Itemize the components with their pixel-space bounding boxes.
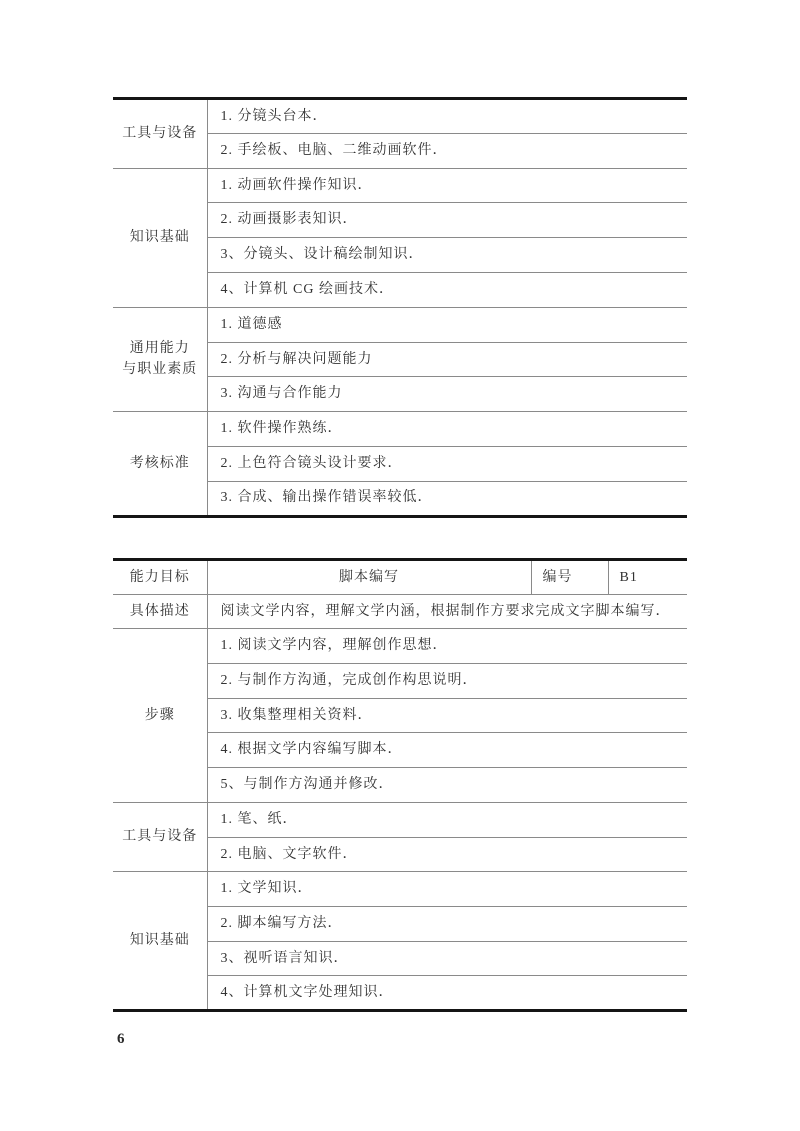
table-cell: 2. 脚本编写方法． bbox=[207, 906, 687, 941]
table-cell: 1. 笔、纸． bbox=[207, 802, 687, 837]
table-row: 通用能力 与职业素质 1. 道德感 bbox=[113, 307, 687, 342]
table-cell: 2. 与制作方沟通，完成创作构思说明． bbox=[207, 664, 687, 699]
table-cell: 2. 动画摄影表知识． bbox=[207, 203, 687, 238]
table-cell: 5、与制作方沟通并修改． bbox=[207, 768, 687, 803]
table-row: 具体描述 阅读文学内容，理解文学内涵，根据制作方要求完成文字脚本编写． bbox=[113, 594, 687, 629]
table-row: 知识基础 1. 文学知识． bbox=[113, 872, 687, 907]
document-page: 工具与设备 1. 分镜头台本． 2. 手绘板、电脑、二维动画软件． 知识基础 1… bbox=[0, 0, 800, 1131]
table-cell: 3、视听语言知识． bbox=[207, 941, 687, 976]
table-cell: 1. 道德感 bbox=[207, 307, 687, 342]
row-header-steps: 步骤 bbox=[113, 629, 207, 802]
table-cell: 1. 软件操作熟练． bbox=[207, 412, 687, 447]
table-row: 考核标准 1. 软件操作熟练． bbox=[113, 412, 687, 447]
description-value: 阅读文学内容，理解文学内涵，根据制作方要求完成文字脚本编写． bbox=[207, 594, 687, 629]
row-header-assessment-criteria: 考核标准 bbox=[113, 412, 207, 516]
table-row: 步骤 1. 阅读文学内容，理解创作思想． bbox=[113, 629, 687, 664]
row-header-ability-goal: 能力目标 bbox=[113, 560, 207, 595]
table-cell: 3. 沟通与合作能力 bbox=[207, 377, 687, 412]
row-header-description: 具体描述 bbox=[113, 594, 207, 629]
competency-table-b1: 能力目标 脚本编写 编号 B1 具体描述 阅读文学内容，理解文学内涵，根据制作方… bbox=[113, 558, 687, 1012]
row-header-tools-equipment: 工具与设备 bbox=[113, 99, 207, 169]
table-cell: 3. 收集整理相关资料． bbox=[207, 698, 687, 733]
table-cell: 2. 分析与解决问题能力 bbox=[207, 342, 687, 377]
table-cell: 2. 上色符合镜头设计要求． bbox=[207, 446, 687, 481]
table-cell: 1. 分镜头台本． bbox=[207, 99, 687, 134]
table-cell: 2. 电脑、文字软件． bbox=[207, 837, 687, 872]
table-cell: 1. 文学知识． bbox=[207, 872, 687, 907]
table-cell: 3、分镜头、设计稿绘制知识． bbox=[207, 238, 687, 273]
table-cell: 4. 根据文学内容编写脚本． bbox=[207, 733, 687, 768]
table-cell: 1. 动画软件操作知识． bbox=[207, 168, 687, 203]
row-header-general-ability: 通用能力 与职业素质 bbox=[113, 307, 207, 411]
table-row: 能力目标 脚本编写 编号 B1 bbox=[113, 560, 687, 595]
table-row: 工具与设备 1. 笔、纸． bbox=[113, 802, 687, 837]
table-cell: 1. 阅读文学内容，理解创作思想． bbox=[207, 629, 687, 664]
row-header-knowledge-base: 知识基础 bbox=[113, 168, 207, 307]
competency-table-upper: 工具与设备 1. 分镜头台本． 2. 手绘板、电脑、二维动画软件． 知识基础 1… bbox=[113, 97, 687, 518]
code-label-cell: 编号 bbox=[531, 560, 608, 595]
row-header-tools-equipment: 工具与设备 bbox=[113, 802, 207, 871]
row-header-knowledge-base: 知识基础 bbox=[113, 872, 207, 1011]
table-cell: 4、计算机文字处理知识． bbox=[207, 976, 687, 1011]
ability-goal-value: 脚本编写 bbox=[207, 560, 531, 595]
table-cell: 4、计算机 CG 绘画技术． bbox=[207, 272, 687, 307]
table-row: 工具与设备 1. 分镜头台本． bbox=[113, 99, 687, 134]
table-row: 知识基础 1. 动画软件操作知识． bbox=[113, 168, 687, 203]
table-cell: 3. 合成、输出操作错误率较低． bbox=[207, 481, 687, 516]
page-number: 6 bbox=[117, 1031, 125, 1048]
code-value-cell: B1 bbox=[608, 560, 687, 595]
table-cell: 2. 手绘板、电脑、二维动画软件． bbox=[207, 133, 687, 168]
